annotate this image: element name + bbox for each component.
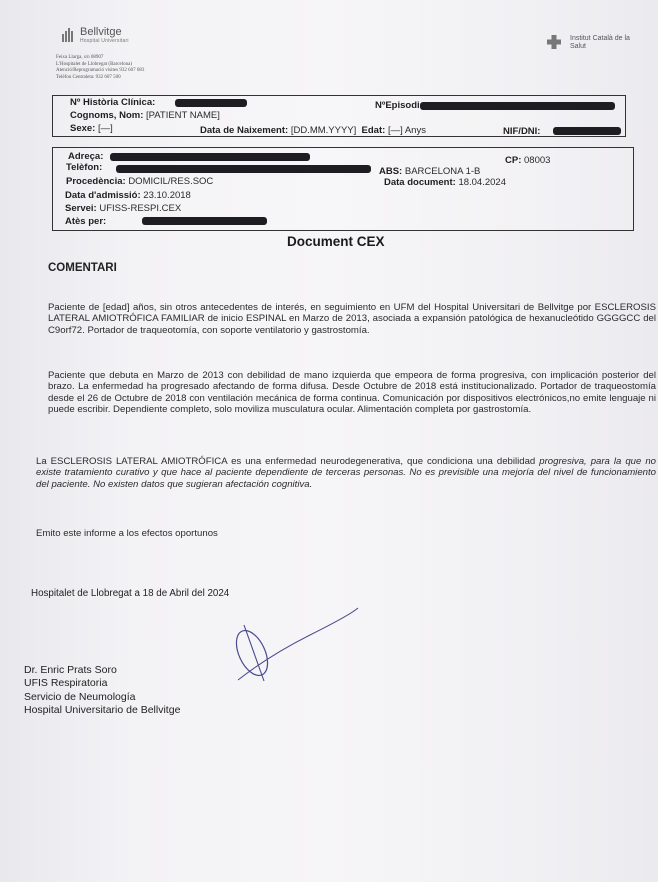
prognosis-paragraph: La ESCLEROSIS LATERAL AMIOTRÓFICA es una… [36, 456, 656, 490]
signer-name: Dr. Enric Prats Soro [24, 664, 180, 677]
bellvitge-logo-icon [62, 28, 76, 42]
signer-hospital: Hospital Universitario de Bellvitge [24, 704, 180, 717]
document-date-field: Data document: 18.04.2024 [384, 177, 506, 188]
hospital-name: Bellvitge [80, 26, 122, 38]
ics-cross-icon [547, 35, 561, 49]
clinical-summary-paragraph: Paciente de [edad] años, sin otros antec… [48, 302, 656, 336]
hospital-subtitle: Hospital Universitari [80, 38, 129, 44]
signature-block: Dr. Enric Prats Soro UFIS Respiratoria S… [24, 664, 180, 717]
redaction-bar [142, 217, 267, 225]
place-and-date: Hospitalet de Llobregat a 18 de Abril de… [31, 588, 229, 599]
hospital-address: Feixa Llarga, s/n 08907 L'Hospitalet de … [56, 55, 144, 81]
closing-statement: Emito este informe a los efectos oportun… [36, 528, 218, 539]
attended-by-field: Atès per: [65, 216, 106, 227]
signer-unit: UFIS Respiratoria [24, 677, 180, 690]
signer-service: Servicio de Neumología [24, 691, 180, 704]
redaction-bar [553, 127, 621, 135]
redaction-bar [175, 99, 247, 107]
birth-date-field: Data de Naixement: [DD.MM.YYYY] Edat: [—… [200, 125, 426, 136]
postal-code-field: CP: 08003 [505, 155, 550, 166]
signature-icon [230, 605, 360, 690]
historia-clinica-field: Nº Història Clínica: [70, 97, 155, 108]
episodi-field: NºEpisodi: [375, 100, 423, 111]
address-field: Adreça: [68, 151, 103, 162]
address-line: Telèfon Centraleta: 932 607 500 [56, 75, 144, 82]
origin-field: Procedència: DOMICIL/RES.SOC [66, 176, 213, 187]
redaction-bar [110, 153, 310, 161]
sex-field: Sexe: [—] [70, 123, 113, 134]
address-line: Atenció/Reprogramació visites 932 607 08… [56, 68, 144, 75]
redaction-bar [420, 102, 615, 110]
redaction-bar [116, 165, 371, 173]
nif-field: NIF/DNI: [503, 126, 540, 137]
phone-field: Telèfon: [66, 162, 102, 173]
document-title: Document CEX [287, 234, 385, 249]
disease-history-paragraph: Paciente que debuta en Marzo de 2013 con… [48, 370, 656, 416]
service-field: Servei: UFISS-RESPI.CEX [65, 203, 181, 214]
institution-name: Institut Català de la Salut [570, 35, 630, 51]
patient-name-field: Cognoms, Nom: [PATIENT NAME] [70, 110, 220, 121]
admission-date-field: Data d'admissió: 23.10.2018 [65, 190, 191, 201]
abs-field: ABS: BARCELONA 1-B [379, 166, 480, 177]
section-heading: COMENTARI [48, 262, 117, 274]
